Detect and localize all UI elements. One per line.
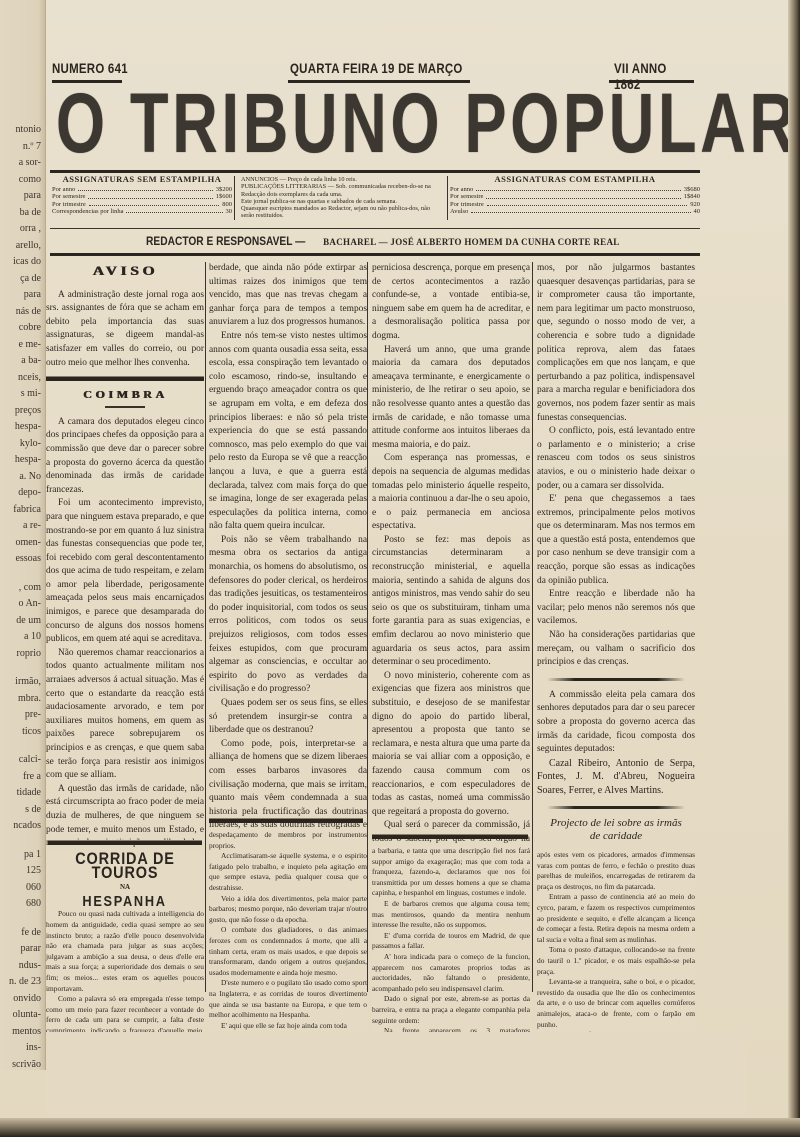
binding-fragment xyxy=(0,740,45,752)
column-4: mos, por não julgarmos bastantes quaesqu… xyxy=(537,262,695,944)
article-paragraph: berdade, que ainda não póde extirpar as … xyxy=(209,262,367,330)
price-row: Por anno3$200 xyxy=(52,186,232,193)
binding-fragment: fre a xyxy=(0,769,45,786)
page-bottom-margin xyxy=(46,1032,746,1118)
price-row: Por trimestre800 xyxy=(52,201,232,208)
bullfight-paragraph: D'este numero e o pugilato tão usado com… xyxy=(209,978,367,1020)
subscriptions-with-stamp-heading: ASSIGNATURAS COM ESTAMPILHA xyxy=(450,176,700,183)
binding-fragment: tidade xyxy=(0,785,45,802)
separator-col1 xyxy=(48,840,202,845)
price-label: Por semestre xyxy=(450,193,483,200)
binding-fragment: 125 xyxy=(0,863,45,880)
notices-block: ANNUNCIOS — Preço de cada linha 10 reis.… xyxy=(234,176,448,220)
bullfight-paragraph: E de barbaros cremos que alguma cousa te… xyxy=(372,899,530,931)
notice-line: Quaesquer escriptos mandados ao Redactor… xyxy=(241,205,441,220)
bullfight-title: CORRIDA DE TOUROS xyxy=(58,852,192,879)
article-paragraph: O conflicto, pois, está levantado entre … xyxy=(537,425,695,493)
binding-fragment: depo- xyxy=(0,485,45,502)
binding-fragment: para xyxy=(0,188,45,205)
adjacent-page-fragment: ntonion.º 7a sor-comoparaba deorra ,arel… xyxy=(0,0,46,1070)
header-bottom-rule xyxy=(50,253,700,256)
redactor-label: REDACTOR E RESPONSAVEL — xyxy=(146,234,305,248)
column-1: AVISO A administração deste jornal roga … xyxy=(46,262,204,919)
binding-fragment: fabrica xyxy=(0,502,45,519)
price-label: Avulso xyxy=(450,208,468,215)
binding-fragment: ins- xyxy=(0,1040,45,1057)
binding-fragment: a 10 xyxy=(0,629,45,646)
coimbra-heading: COIMBRA xyxy=(83,389,168,403)
binding-fragment: para xyxy=(0,287,45,304)
binding-fragment: cobre xyxy=(0,320,45,337)
binding-fragment: ba de xyxy=(0,205,45,222)
binding-fragment: como xyxy=(0,172,45,189)
binding-fragment: pa 1 xyxy=(0,847,45,864)
subscription-info: ASSIGNATURAS SEM ESTAMPILHA Por anno3$20… xyxy=(52,176,700,232)
binding-fragment xyxy=(0,568,45,580)
binding-fragment: onvido xyxy=(0,991,45,1008)
binding-fragment: roprio xyxy=(0,646,45,663)
binding-fragment: mbra. xyxy=(0,691,45,708)
price-row: Por semestre1$840 xyxy=(450,193,700,200)
binding-fragment: kylo- xyxy=(0,436,45,453)
bullfight-paragraph: Acclimatisaram-se áquelle systema, e o e… xyxy=(209,851,367,893)
price-row: Por trimestre920 xyxy=(450,201,700,208)
binding-fragment: olunta- xyxy=(0,1007,45,1024)
newspaper-title: O TRIBUNO POPULAR xyxy=(56,82,536,164)
price-row: Por semestre1$600 xyxy=(52,193,232,200)
bullfight-place: HESPANHA xyxy=(83,895,167,909)
price-row: Por anno3$680 xyxy=(450,186,700,193)
notice-line: Este jornal publica-se nas quartas e sab… xyxy=(241,198,441,205)
bullfight-paragraph: Entram a passo de continencia até ao mei… xyxy=(537,892,695,945)
article-paragraph: O novo ministerio, coherente com as exig… xyxy=(372,670,530,820)
masthead-rule xyxy=(50,170,700,173)
bullfight-paragraph: a barbaria, e tanta que uma descripção f… xyxy=(372,846,530,899)
binding-fragment: e me- xyxy=(0,337,45,354)
binding-fragment: ticos xyxy=(0,724,45,741)
coimbra-heading-block: COIMBRA xyxy=(46,389,204,408)
issue-date: QUARTA FEIRA 19 DE MARÇO xyxy=(290,60,463,76)
binding-fragment: orra , xyxy=(0,221,45,238)
binding-fragment: calci- xyxy=(0,752,45,769)
projecto-title-line: de caridade xyxy=(537,830,695,843)
binding-fragment: fe de xyxy=(0,925,45,942)
bullfight-col4: após estes vem os picadores, armados d'i… xyxy=(537,850,695,1062)
price-value: 1$600 xyxy=(216,193,232,200)
binding-fragment: a sor- xyxy=(0,155,45,172)
binding-fragment: icas do xyxy=(0,254,45,271)
price-row: Avulso40 xyxy=(450,208,700,215)
redactor-name: BACHAREL — JOSÉ ALBERTO HOMEM DA CUNHA C… xyxy=(323,237,619,247)
aviso-heading-block: AVISO xyxy=(46,264,204,281)
price-row: Correspondencias por linha30 xyxy=(52,208,232,215)
bullfight-paragraph: Levanta-se a tranqueira, sahe o boi, e o… xyxy=(537,977,695,1030)
price-value: 800 xyxy=(222,201,232,208)
binding-fragment: , com xyxy=(0,580,45,597)
commission-paragraph: A commissão eleita pela camara dos senho… xyxy=(537,689,695,757)
bullfight-paragraph: A' hora indicada para o começo de la fun… xyxy=(372,952,530,994)
binding-fragment xyxy=(0,913,45,925)
binding-fragment: omen- xyxy=(0,535,45,552)
binding-fragment xyxy=(0,835,45,847)
price-label: Correspondencias por linha xyxy=(52,208,123,215)
section-ornament xyxy=(547,678,685,681)
binding-text-fragments: ntonion.º 7a sor-comoparaba deorra ,arel… xyxy=(0,0,45,1070)
bullfight-paragraph: O combate dos gladiadores, o das animaes… xyxy=(209,925,367,978)
binding-fragment: hespa- xyxy=(0,419,45,436)
price-label: Por anno xyxy=(450,186,473,193)
binding-fragment: o An- xyxy=(0,596,45,613)
ornament xyxy=(105,406,145,408)
binding-fragment: a ba- xyxy=(0,353,45,370)
binding-fragment: ncados xyxy=(0,818,45,835)
section-separator xyxy=(46,376,204,381)
binding-fragment: irmão, xyxy=(0,674,45,691)
binding-fragment: a. No xyxy=(0,469,45,486)
price-label: Por trimestre xyxy=(52,201,86,208)
binding-fragment xyxy=(0,662,45,674)
article-paragraph: Com esperança nas promessas, e depois na… xyxy=(372,452,530,534)
article-paragraph: Não ha considerações partidarias que mer… xyxy=(537,629,695,670)
bullfight-paragraph: Toma o posto d'attaque, collocando-se na… xyxy=(537,945,695,977)
bullfight-paragraph: Pouco ou quasi nada cultivada a intellig… xyxy=(46,909,204,994)
subscription-rule xyxy=(50,228,700,229)
binding-fragment: parar xyxy=(0,941,45,958)
issue-number: NUMERO 641 xyxy=(52,60,128,76)
price-value: 920 xyxy=(690,201,700,208)
article-paragraph: Entre reacção e liberdade não ha vacilar… xyxy=(537,588,695,629)
commission-names: Cazal Ribeiro, Antonio de Serpa, Fontes,… xyxy=(537,757,695,798)
price-value: 3$680 xyxy=(684,186,700,193)
price-label: Por anno xyxy=(52,186,75,193)
projecto-title: Projecto de lei sobre as irmãs de carida… xyxy=(537,817,695,843)
price-value: 40 xyxy=(694,208,701,215)
price-value: 1$840 xyxy=(684,193,700,200)
newspaper-page: ntonion.º 7a sor-comoparaba deorra ,arel… xyxy=(0,0,800,1137)
article-paragraph: perniciosa descrença, porque em presença… xyxy=(372,262,530,344)
article-paragraph: Pois não se vêem trabalhando na mesma ob… xyxy=(209,534,367,697)
binding-fragment: n.º 7 xyxy=(0,139,45,156)
article-paragraph: Foi um acontecimento imprevisto, para qu… xyxy=(46,497,204,647)
binding-fragment: nás de xyxy=(0,304,45,321)
article-paragraph: mos, por não julgarmos bastantes quaesqu… xyxy=(537,262,695,425)
binding-fragment: essoas xyxy=(0,551,45,568)
redactor-line: REDACTOR E RESPONSAVEL — BACHAREL — JOSÉ… xyxy=(52,234,700,248)
binding-fragment: mentos xyxy=(0,1024,45,1041)
article-paragraph: Haverá um anno, que uma grande maioria d… xyxy=(372,344,530,453)
binding-fragment: arello, xyxy=(0,238,45,255)
article-paragraph: A camara dos deputados elegeu cinco dos … xyxy=(46,416,204,498)
bullfight-paragraph: após estes vem os picadores, armados d'i… xyxy=(537,850,695,892)
bullfight-title-block: CORRIDA DE TOUROS NA HESPANHA xyxy=(46,852,204,909)
binding-fragment: 060 xyxy=(0,880,45,897)
subscriptions-without-stamp-heading: ASSIGNATURAS SEM ESTAMPILHA xyxy=(52,176,232,183)
binding-fragment: scrivão xyxy=(0,1057,45,1071)
page-edge-right xyxy=(788,0,800,1137)
article-paragraph: Não queremos chamar reaccionarios a todo… xyxy=(46,647,204,783)
subscriptions-without-stamp: ASSIGNATURAS SEM ESTAMPILHA Por anno3$20… xyxy=(52,176,232,215)
binding-fragment: s mi- xyxy=(0,386,45,403)
binding-fragment: hespa- xyxy=(0,452,45,469)
bullfight-paragraph: E' d'uma corrida de touros em Madrid, de… xyxy=(372,931,530,952)
price-label: Por trimestre xyxy=(450,201,484,208)
article-paragraph: E' pena que chegassemos a taes extremos,… xyxy=(537,493,695,588)
binding-fragment: ndus- xyxy=(0,958,45,975)
price-value: 30 xyxy=(226,208,233,215)
binding-fragment: nceis, xyxy=(0,370,45,387)
bullfight-paragraph: Dado o signal por este, abrem-se as port… xyxy=(372,994,530,1026)
price-value: 3$200 xyxy=(216,186,232,193)
article-paragraph: Posto se fez: mas depois as circumstanci… xyxy=(372,534,530,670)
bullfight-col2: despedaçamento de membros por instrument… xyxy=(209,830,367,1031)
binding-fragment: de um xyxy=(0,613,45,630)
page-edge-bottom xyxy=(0,1118,800,1137)
separator-col3 xyxy=(372,834,528,839)
binding-fragment: s de xyxy=(0,802,45,819)
column-divider xyxy=(205,262,206,992)
price-label: Por semestre xyxy=(52,193,85,200)
aviso-heading: AVISO xyxy=(92,264,157,278)
binding-fragment: pre- xyxy=(0,707,45,724)
bullfight-paragraph: despedaçamento de membros por instrument… xyxy=(209,830,367,851)
bullfight-paragraph: Veio a idéa dos divertimentos, pela maio… xyxy=(209,894,367,926)
article-paragraph: Entre nós tem-se visto nestes ultimos an… xyxy=(209,330,367,534)
aviso-text: A administração deste jornal roga aos sr… xyxy=(46,289,204,371)
section-ornament xyxy=(547,806,685,809)
projecto-title-line: Projecto de lei sobre as irmãs xyxy=(537,817,695,830)
binding-fragment: a re- xyxy=(0,518,45,535)
binding-fragment: 680 xyxy=(0,896,45,913)
binding-fragment: preços xyxy=(0,403,45,420)
separator-col2 xyxy=(209,818,363,823)
article-paragraph: Quaes podem ser os seus fins, se elles s… xyxy=(209,697,367,738)
bullfight-paragraph: E' aqui que elle se faz hoje ainda com t… xyxy=(209,1021,367,1032)
binding-fragment: ntonio xyxy=(0,122,45,139)
notice-line: PUBLICAÇÕES LITTERARIAS — Sob. communica… xyxy=(241,183,441,198)
binding-fragment: n. de 23 xyxy=(0,974,45,991)
column-divider xyxy=(532,262,533,992)
binding-fragment: ça de xyxy=(0,271,45,288)
column-divider xyxy=(367,262,368,992)
subscriptions-with-stamp: ASSIGNATURAS COM ESTAMPILHA Por anno3$68… xyxy=(450,176,700,215)
